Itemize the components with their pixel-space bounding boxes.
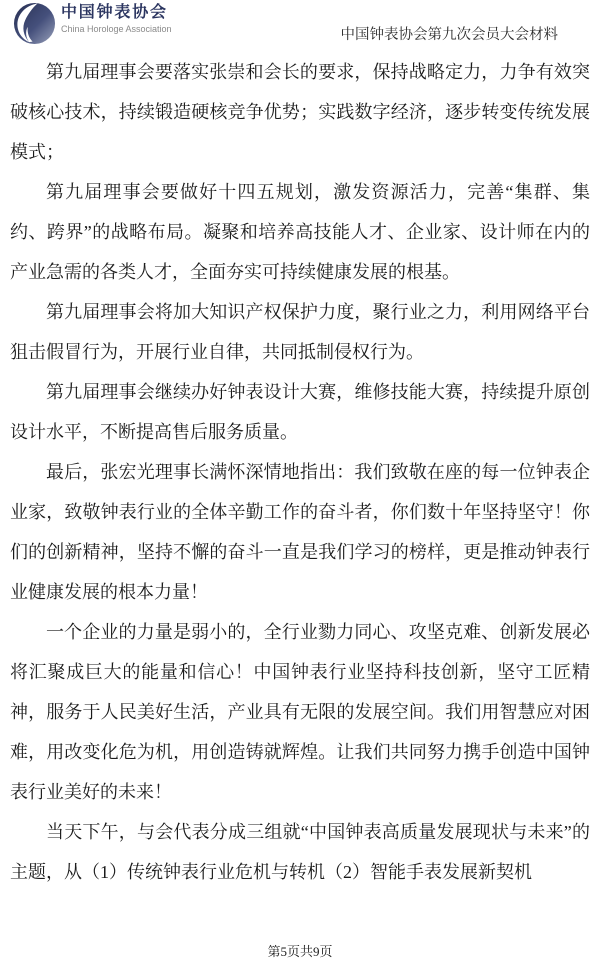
- page-number: 第5页共9页: [0, 941, 600, 960]
- logo-title: 中国钟表协会: [61, 5, 172, 21]
- logo-subtitle: China Horologe Association: [61, 24, 172, 34]
- paragraph: 最后，张宏光理事长满怀深情地指出：我们致敬在座的每一位钟表企业家，致敬钟表行业的…: [10, 452, 590, 612]
- page-header: 中国钟表协会 China Horologe Association 中国钟表协会…: [0, 0, 600, 50]
- paragraph: 第九届理事会继续办好钟表设计大赛，维修技能大赛，持续提升原创设计水平，不断提高售…: [10, 372, 590, 452]
- document-header-title: 中国钟表协会第九次会员大会材料: [341, 23, 559, 44]
- document-page: 中国钟表协会 China Horologe Association 中国钟表协会…: [0, 0, 600, 977]
- paragraph: 当天下午，与会代表分成三组就“中国钟表高质量发展现状与未来”的主题，从（1）传统…: [10, 812, 590, 892]
- paragraph: 第九届理事会要做好十四五规划，激发资源活力，完善“集群、集约、跨界”的战略布局。…: [10, 172, 590, 292]
- cha-logo: 中国钟表协会 China Horologe Association: [13, 2, 172, 45]
- cha-logo-icon: [13, 2, 56, 45]
- document-body: 第九届理事会要落实张崇和会长的要求，保持战略定力，力争有效突破核心技术，持续锻造…: [10, 52, 590, 892]
- paragraph: 一个企业的力量是弱小的，全行业勠力同心、攻坚克难、创新发展必将汇聚成巨大的能量和…: [10, 612, 590, 812]
- paragraph: 第九届理事会要落实张崇和会长的要求，保持战略定力，力争有效突破核心技术，持续锻造…: [10, 52, 590, 172]
- logo-text-block: 中国钟表协会 China Horologe Association: [61, 2, 172, 34]
- paragraph: 第九届理事会将加大知识产权保护力度，聚行业之力，利用网络平台狙击假冒行为，开展行…: [10, 292, 590, 372]
